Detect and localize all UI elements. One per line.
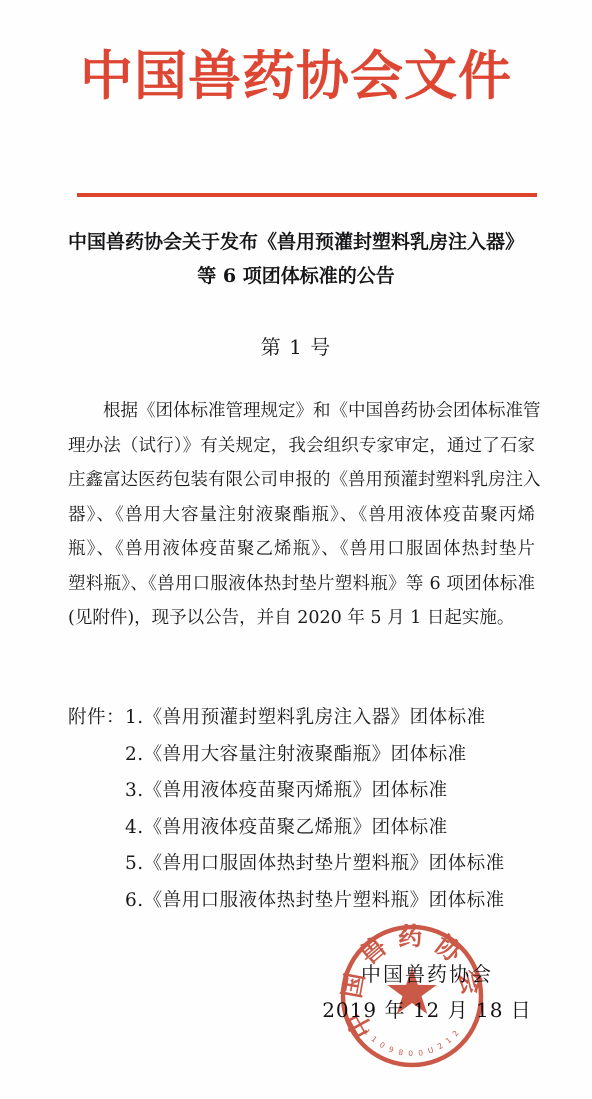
body-line: 庄鑫富达医药包装有限公司申报的《兽用预灌封塑料乳房注入 [68, 463, 535, 498]
signature-block: 中国兽药协会 2019 年 12 月 18 日 [314, 960, 540, 1024]
body-line: 瓶》、《兽用液体疫苗聚乙烯瓶》、《兽用口服固体热封垫片 [68, 532, 535, 567]
announcement-body: 根据《团体标准管理规定》和《中国兽药协会团体标准管 理办法（试行）》有关规定，我… [68, 394, 535, 636]
attachment-item: 3.《兽用液体疫苗聚丙烯瓶》团体标准 [125, 779, 505, 802]
body-line: 塑料瓶》、《兽用口服液体热封垫片塑料瓶》等 6 项团体标准 [68, 567, 535, 602]
signature-organization: 中国兽药协会 [314, 960, 540, 988]
attachments-label: 附件： [68, 706, 125, 925]
body-line: 理办法（试行）》有关规定，我会组织专家审定，通过了石家 [68, 429, 535, 464]
announcement-title-line1: 中国兽药协会关于发布《兽用预灌封塑料乳房注入器》 [60, 226, 532, 260]
attachments-list: 1.《兽用预灌封塑料乳房注入器》团体标准 2.《兽用大容量注射液聚酯瓶》团体标准… [125, 706, 505, 925]
red-divider-rule [77, 193, 537, 197]
body-line: 根据《团体标准管理规定》和《中国兽药协会团体标准管 [68, 394, 535, 429]
signature-date: 2019 年 12 月 18 日 [314, 996, 540, 1024]
attachment-item: 6.《兽用口服液体热封垫片塑料瓶》团体标准 [125, 889, 505, 912]
seal-serial-number: 1109800U212 [362, 1027, 462, 1058]
attachments-section: 附件： 1.《兽用预灌封塑料乳房注入器》团体标准 2.《兽用大容量注射液聚酯瓶》… [68, 706, 505, 925]
announcement-title: 中国兽药协会关于发布《兽用预灌封塑料乳房注入器》 等 6 项团体标准的公告 [60, 226, 532, 293]
attachment-item: 2.《兽用大容量注射液聚酯瓶》团体标准 [125, 743, 505, 766]
document-number: 第 1 号 [0, 331, 592, 360]
document-page: 中国兽药协会文件 中国兽药协会关于发布《兽用预灌封塑料乳房注入器》 等 6 项团… [0, 0, 592, 1099]
attachment-item: 5.《兽用口服固体热封垫片塑料瓶》团体标准 [125, 852, 505, 875]
attachment-item: 4.《兽用液体疫苗聚乙烯瓶》团体标准 [125, 816, 505, 839]
body-line: 器》、《兽用大容量注射液聚酯瓶》、《兽用液体疫苗聚丙烯 [68, 498, 535, 533]
announcement-title-line2: 等 6 项团体标准的公告 [60, 260, 532, 294]
attachment-item: 1.《兽用预灌封塑料乳房注入器》团体标准 [125, 706, 505, 729]
document-header-title: 中国兽药协会文件 [0, 34, 592, 110]
body-line: (见附件)，现予以公告，并自 2020 年 5 月 1 日起实施。 [68, 601, 535, 636]
